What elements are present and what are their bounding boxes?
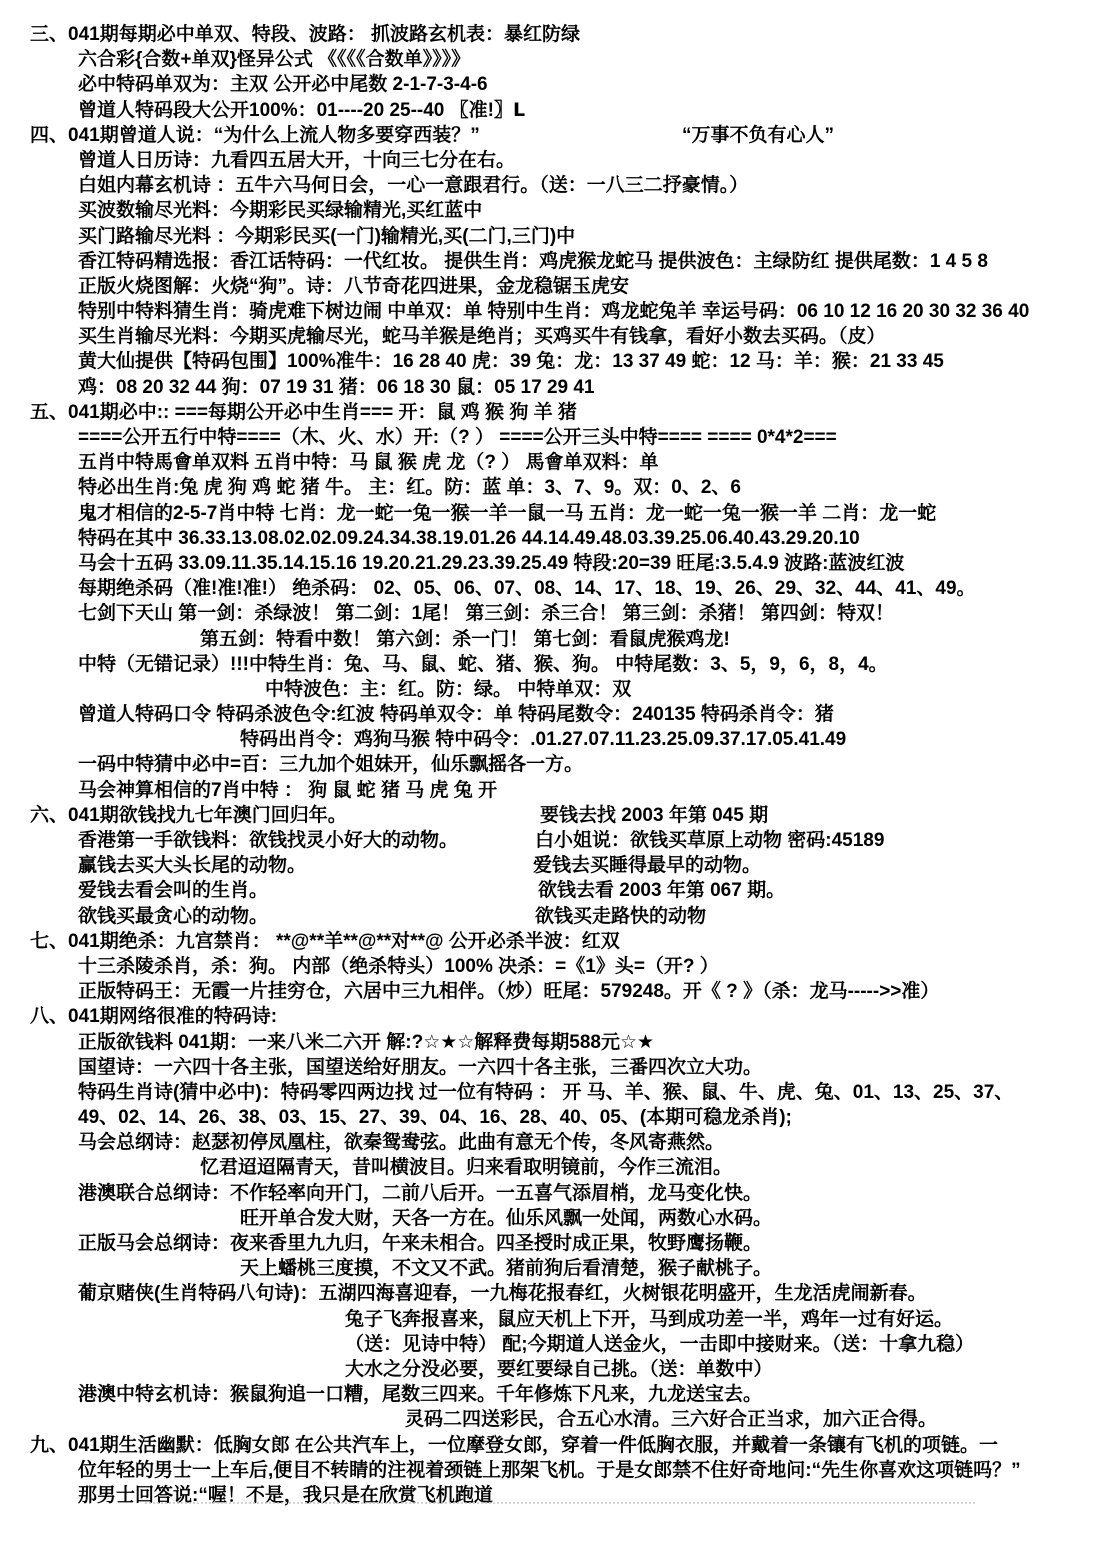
text-line: 特码在其中 36.33.13.08.02.02.09.24.34.38.19.0… <box>0 526 1120 551</box>
text-line: 黄大仙提供【特码包围】100%准牛：16 28 40 虎：39 兔：龙：13 3… <box>0 349 1120 374</box>
text-line: 特必出生肖:兔 虎 狗 鸡 蛇 猪 牛。 主：红。防：蓝 单：3、7、9。双：0… <box>0 475 1120 500</box>
text-line: 五肖中特馬會单双料 五肖中特：马 鼠 猴 虎 龙（? ） 馬會单双料：单 <box>0 450 1120 475</box>
text-line: 第五剑：特看中数！ 第六剑：杀一门！ 第七剑：看鼠虎猴鸡龙! <box>0 627 1120 652</box>
text-line: 香江特码精选报：香江话特码：一代红妆。 提供生肖：鸡虎猴龙蛇马 提供波色：主绿防… <box>0 249 1120 274</box>
right-column-text: 欲钱去看 2003 年第 067 期。 <box>538 878 785 903</box>
text-line: 七、041期绝杀：九宫禁肖： **@**羊**@**对**@ 公开必杀半波：红双 <box>0 929 1120 954</box>
text-line: 鬼才相信的2-5-7肖中特 七肖：龙一蛇一兔一猴一羊一鼠一马 五肖：龙一蛇一兔一… <box>0 501 1120 526</box>
text-line: 爱钱去看会叫的生肖。欲钱去看 2003 年第 067 期。 <box>0 878 1120 903</box>
text-line: 八、041期网络很准的特码诗: <box>0 1004 1120 1029</box>
scan-artifact-line <box>145 1502 975 1507</box>
text-line: 马会总纲诗：赵瑟初停凤凰柱，欲秦鸳鸯弦。此曲有意无个传，冬风寄燕然。 <box>0 1130 1120 1155</box>
section-six: 六、041期欲钱找九七年澳门回归年。要钱去找 2003 年第 045 期香港第一… <box>0 803 1120 929</box>
text-line: （送：见诗中特） 配;今期道人送金火，一击即中接财来。（送：十拿九稳） <box>0 1332 1120 1357</box>
text-line: 曾道人日历诗：九看四五居大开，十向三七分在右。 <box>0 148 1120 173</box>
text-line: 赢钱去买大头长尾的动物。爱钱去买睡得最早的动物。 <box>0 853 1120 878</box>
text-line: 欲钱买最贪心的动物。欲钱买走路快的动物 <box>0 904 1120 929</box>
text-line: 特别中特料猜生肖：骑虎难下树边闹 中单双：单 特别中生肖：鸡龙蛇兔羊 幸运号码：… <box>0 299 1120 324</box>
text-line: 必中特码单双为：主双 公开必中尾数 2-1-7-3-4-6 <box>0 72 1120 97</box>
text-line: 白姐内幕玄机诗 ：五牛六马何日会，一心一意跟君行。（送：一八三二抒豪情。） <box>0 173 1120 198</box>
text-line: 中特波色：主：红。防：绿。 中特单双：双 <box>0 677 1120 702</box>
text-line: 每期绝杀码（准!准!准!） 绝杀码： 02、05、06、07、08、14、17、… <box>0 576 1120 601</box>
text-line: 一码中特猜中必中=百：三九加个姐妹开，仙乐飘摇各一方。 <box>0 752 1120 777</box>
text-line: 鸡：08 20 32 44 狗：07 19 31 猪：06 18 30 鼠：05… <box>0 375 1120 400</box>
left-column-text: 四、041期曾道人说：“为什么上流人物多要穿西装？” <box>30 125 480 146</box>
text-line: 天上蟠桃三度摸，不文又不武。猪前狗后看清楚，猴子献桃子。 <box>0 1256 1120 1281</box>
section-three: 三、041期每期必中单双、特段、波路： 抓波路玄机表：暴红防绿六合彩{合数+单双… <box>0 22 1120 123</box>
text-line: 马会神算相信的7肖中特 ： 狗 鼠 蛇 猪 马 虎 兔 开 <box>0 778 1120 803</box>
text-line: 正版特码王：无霞一片挂穷仓，六居中三九相伴。（炒）旺尾：579248。开《 ? … <box>0 979 1120 1004</box>
text-line: 特码出肖令：鸡狗马猴 特中码令：.01.27.07.11.23.25.09.37… <box>0 727 1120 752</box>
text-line: 买门路输尽光料 ：今期彩民买(一门)输精光,买(二门,三门)中 <box>0 224 1120 249</box>
text-line: 特码生肖诗(猜中必中)：特码零四两边找 过一位有特码 ： 开 马、羊、猴、鼠、牛… <box>0 1080 1120 1105</box>
text-line: 香港第一手欲钱料：欲钱找灵小好大的动物。白小姐说：欲钱买草原上动物 密码:451… <box>0 828 1120 853</box>
left-column-text: 赢钱去买大头长尾的动物。 <box>78 855 306 876</box>
text-line: 买生肖输尽光料：今期买虎输尽光，蛇马羊猴是绝肖；买鸡买牛有钱拿，看好小数去买码。… <box>0 324 1120 349</box>
left-column-text: 欲钱买最贪心的动物。 <box>78 906 268 927</box>
text-line: 曾道人特码口令 特码杀波色令:红波 特码单双令：单 特码尾数令：240135 特… <box>0 702 1120 727</box>
text-line: 葡京赌侠(生肖特码八句诗)：五湖四海喜迎春，一九梅花报春红，火树银花明盛开，生龙… <box>0 1281 1120 1306</box>
text-line: 七剑下天山 第一剑：杀绿波！ 第二剑：1尾！ 第三剑：杀三合！ 第三剑：杀猪！ … <box>0 601 1120 626</box>
section-seven: 七、041期绝杀：九宫禁肖： **@**羊**@**对**@ 公开必杀半波：红双… <box>0 929 1120 1005</box>
text-line: 港澳中特玄机诗：猴鼠狗追一口糟，尾数三四来。千年修炼下凡来，九龙送宝去。 <box>0 1382 1120 1407</box>
text-line: 港澳联合总纲诗：不作轻率向开门，二前八后开。一五喜气添眉梢，龙马变化快。 <box>0 1181 1120 1206</box>
text-line: 六合彩{合数+单双}怪异公式 《《《《合数单》》》》 <box>0 47 1120 72</box>
text-line: 四、041期曾道人说：“为什么上流人物多要穿西装？”“万事不负有心人” <box>0 123 1120 148</box>
section-eight: 八、041期网络很准的特码诗:正版欲钱料 041期：一来八米二六开 解:?☆★☆… <box>0 1004 1120 1432</box>
text-line: 三、041期每期必中单双、特段、波路： 抓波路玄机表：暴红防绿 <box>0 22 1120 47</box>
text-line: 五、041期必中:: ===每期公开必中生肖=== 开：鼠 鸡 猴 狗 羊 猪 <box>0 400 1120 425</box>
left-column-text: 六、041期欲钱找九七年澳门回归年。 <box>30 805 347 826</box>
text-line: 曾道人特码段大公开100%：01----20 25--40 〖准!〗Ⅼ <box>0 98 1120 123</box>
text-line: ====公开五行中特====（木、火、水）开:（? ） ====公开三头中特==… <box>0 425 1120 450</box>
left-column-text: 香港第一手欲钱料：欲钱找灵小好大的动物。 <box>78 830 458 851</box>
text-line: 兔子飞奔报喜来，鼠应天机上下开，马到成功差一半，鸡年一过有好运。 <box>0 1307 1120 1332</box>
right-column-text: 白小姐说：欲钱买草原上动物 密码:45189 <box>535 828 884 853</box>
text-line: 旺开单合发大财，天各一方在。仙乐风飘一处闻，两数心水码。 <box>0 1206 1120 1231</box>
text-line: 买波数输尽光料：今期彩民买绿输精光,买红蓝中 <box>0 198 1120 223</box>
section-four: 四、041期曾道人说：“为什么上流人物多要穿西装？”“万事不负有心人”曾道人日历… <box>0 123 1120 400</box>
text-line: 位年轻的男士一上车后,便目不转睛的注视着颈链上那架飞机。于是女郎禁不住好奇地问:… <box>0 1458 1120 1483</box>
text-line: 中特（无错记录）!!!中特生肖：兔、马、鼠、蛇、猪、猴、狗。 中特尾数：3、5，… <box>0 652 1120 677</box>
right-column-text: 爱钱去买睡得最早的动物。 <box>533 853 761 878</box>
section-nine: 九、041期生活幽默：低胸女郎 在公共汽车上，一位摩登女郎，穿着一件低胸衣服，并… <box>0 1433 1120 1509</box>
section-five: 五、041期必中:: ===每期公开必中生肖=== 开：鼠 鸡 猴 狗 羊 猪=… <box>0 400 1120 803</box>
lottery-tip-sheet: 三、041期每期必中单双、特段、波路： 抓波路玄机表：暴红防绿六合彩{合数+单双… <box>0 22 1120 1508</box>
text-line: 国望诗：一六四十各主张，国望送给好朋友。一六四十各主张，三番四次立大功。 <box>0 1055 1120 1080</box>
text-line: 忆君迢迢隔青天，昔叫横波目。归来看取明镜前，今作三流泪。 <box>0 1155 1120 1180</box>
left-column-text: 爱钱去看会叫的生肖。 <box>78 880 268 901</box>
right-column-text: “万事不负有心人” <box>682 123 834 148</box>
text-line: 正版马会总纲诗：夜来香里九九归，午来未相合。四圣授时成正果，牧野鹰扬鞭。 <box>0 1231 1120 1256</box>
text-line: 九、041期生活幽默：低胸女郎 在公共汽车上，一位摩登女郎，穿着一件低胸衣服，并… <box>0 1433 1120 1458</box>
right-column-text: 要钱去找 2003 年第 045 期 <box>540 803 768 828</box>
text-line: 十三杀陵杀肖，杀：狗。 内部（绝杀特头）100% 决杀：=《1》头=（开? ） <box>0 954 1120 979</box>
text-line: 六、041期欲钱找九七年澳门回归年。要钱去找 2003 年第 045 期 <box>0 803 1120 828</box>
text-line: 马会十五码 33.09.11.35.14.15.16 19.20.21.29.2… <box>0 551 1120 576</box>
text-line: 49、02、14、26、38、03、15、27、39、04、16、28、40、0… <box>0 1105 1120 1130</box>
right-column-text: 欲钱买走路快的动物 <box>535 904 706 929</box>
text-line: 大水之分没必要，要红要绿自己挑。（送：单数中） <box>0 1357 1120 1382</box>
text-line: 灵码二四送彩民，合五心水清。三六好合正当求，加六正合得。 <box>0 1407 1120 1432</box>
text-line: 正版火烧图解：火烧“狗”。诗：八节奇花四进果，金龙稳锯玉虎安 <box>0 274 1120 299</box>
text-line: 正版欲钱料 041期：一来八米二六开 解:?☆★☆解释费每期588元☆★ <box>0 1030 1120 1055</box>
document-body: 三、041期每期必中单双、特段、波路： 抓波路玄机表：暴红防绿六合彩{合数+单双… <box>0 22 1120 1508</box>
